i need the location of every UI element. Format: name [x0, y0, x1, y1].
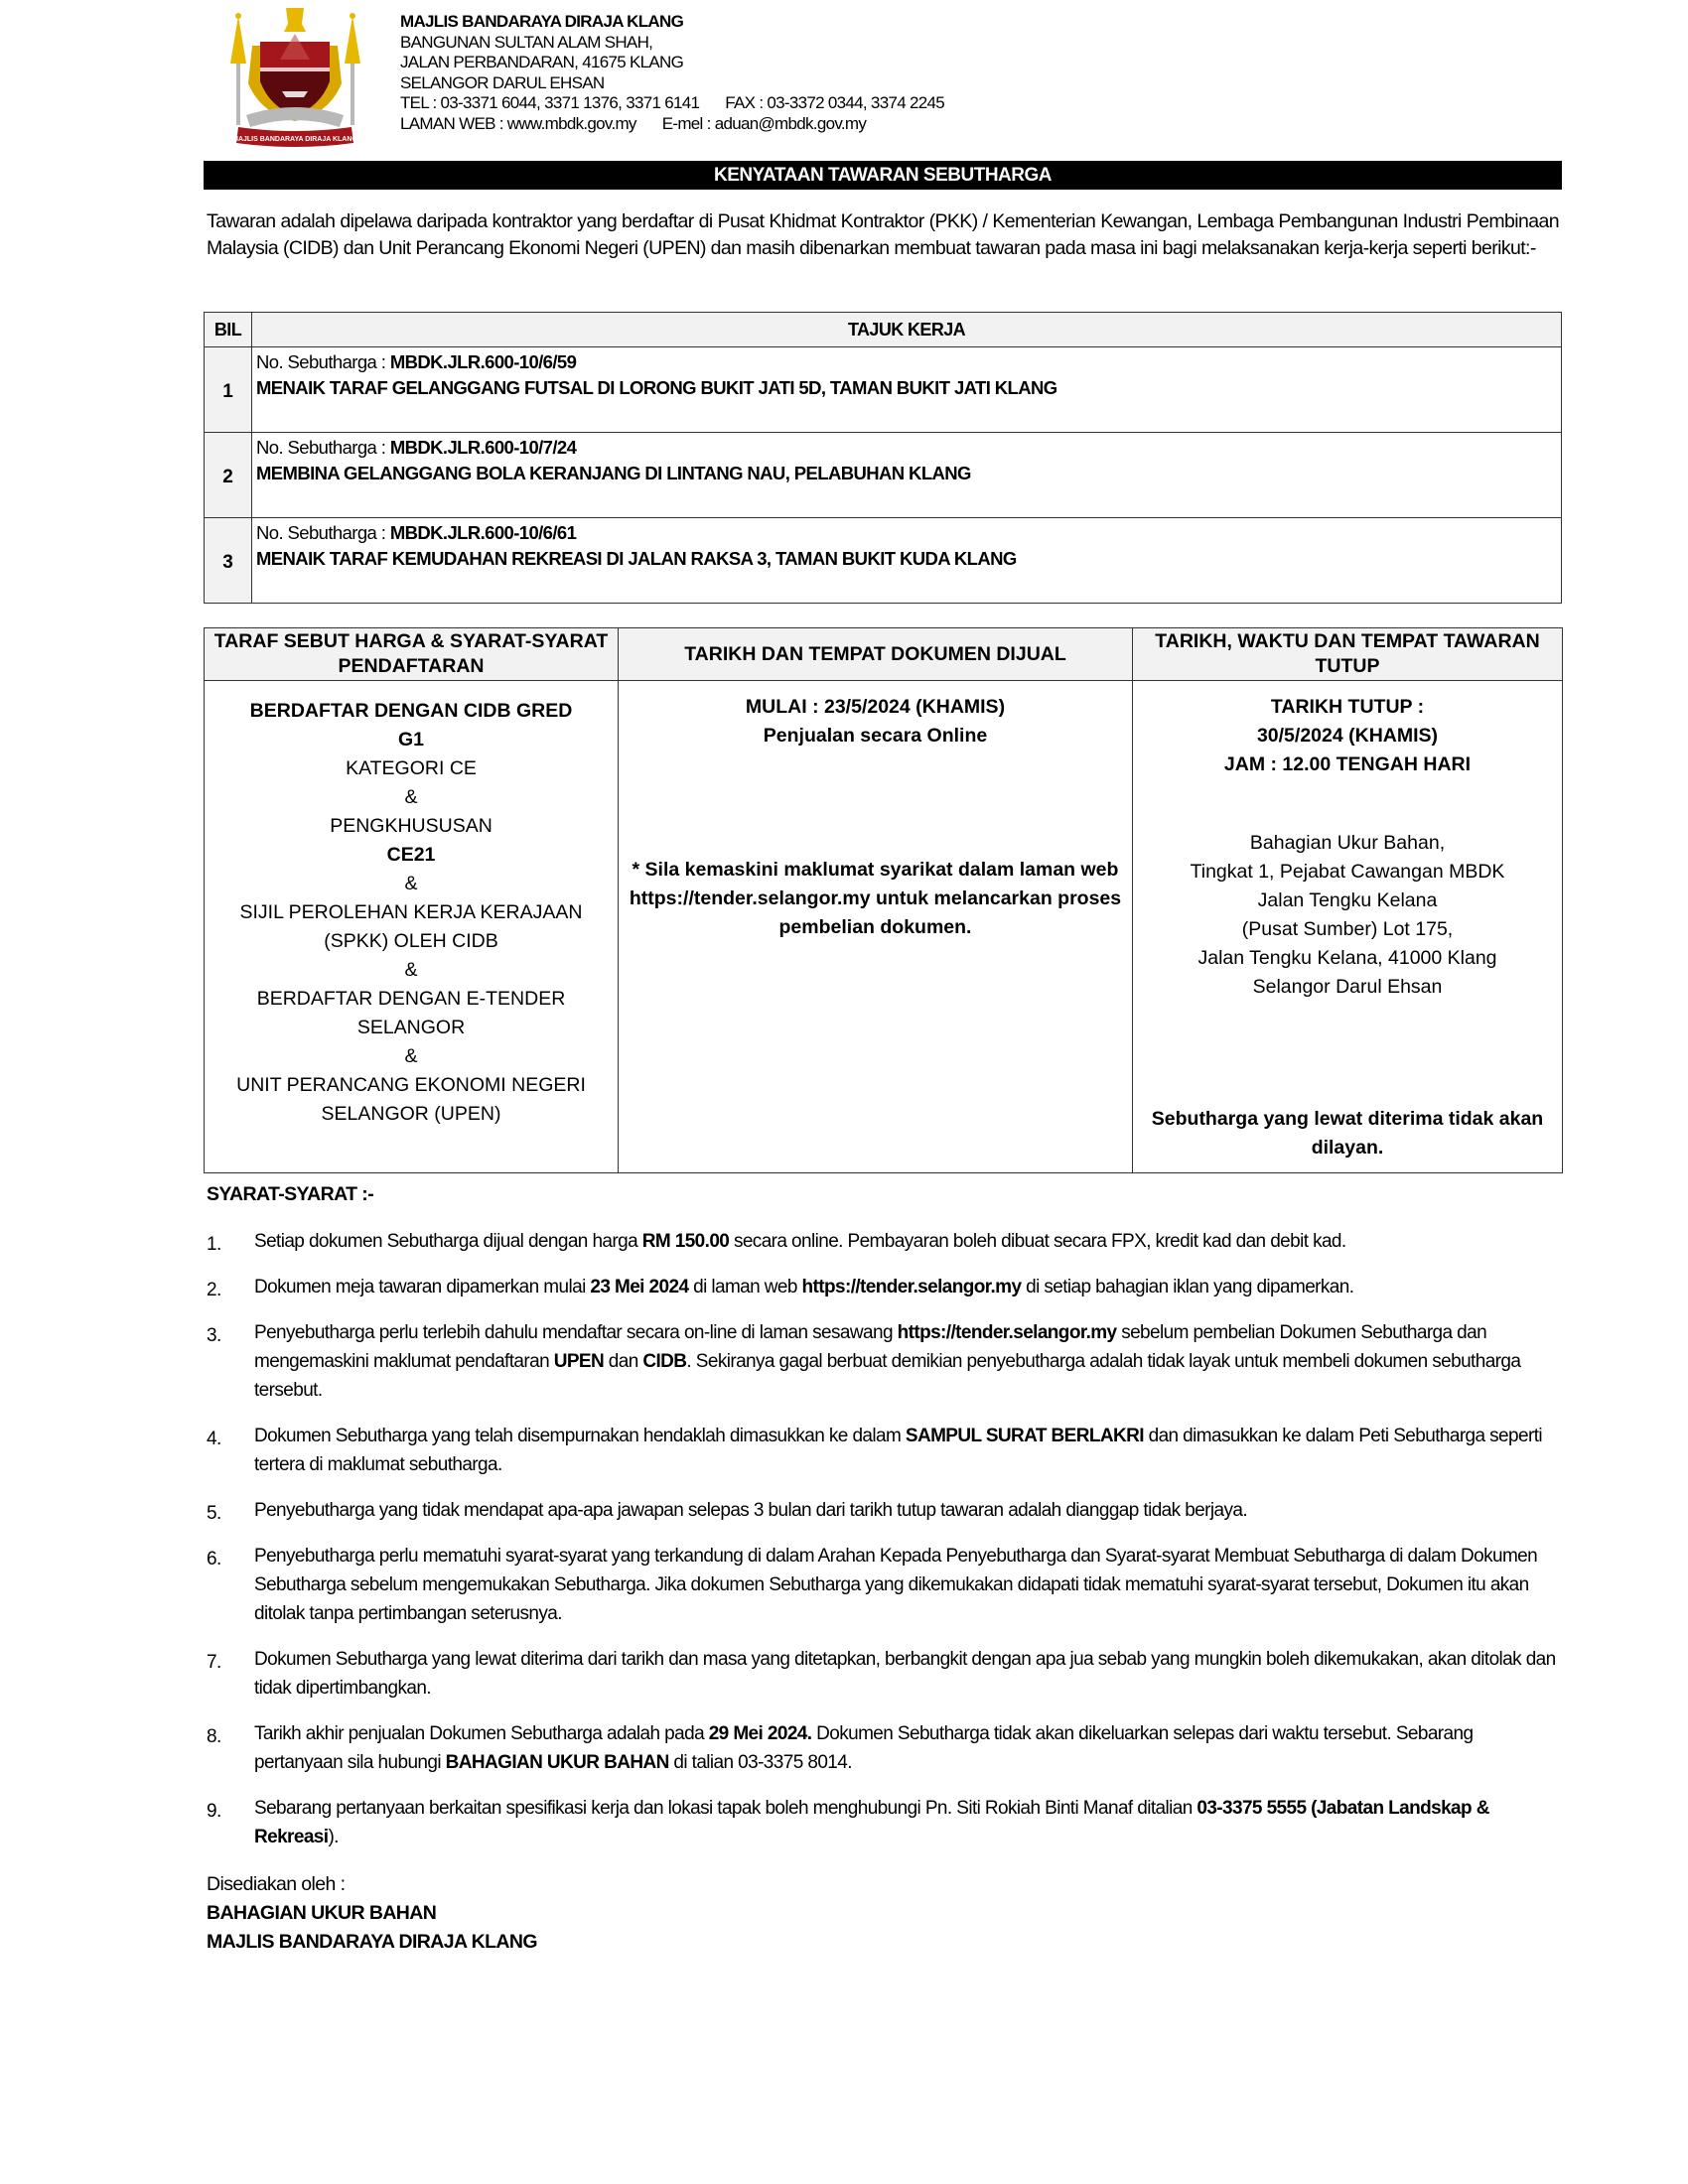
work-title: MENAIK TARAF GELANGGANG FUTSAL DI LORONG…: [256, 375, 1557, 401]
requirement-line: &: [205, 783, 618, 812]
condition-item: 6.Penyebutharga perlu mematuhi syarat-sy…: [207, 1542, 1559, 1628]
place-line: Bahagian Ukur Bahan,: [1133, 829, 1562, 858]
condition-number: 6.: [207, 1545, 221, 1573]
late-submission-note: Sebutharga yang lewat diterima tidak aka…: [1133, 1105, 1562, 1162]
condition-emphasis: https://tender.selangor.my: [898, 1322, 1117, 1343]
condition-number: 9.: [207, 1797, 221, 1826]
table-row: BERDAFTAR DENGAN CIDB GREDG1KATEGORI CE&…: [205, 681, 1563, 1173]
address-line: BANGUNAN SULTAN ALAM SHAH,: [400, 33, 944, 54]
table-header-row: BIL TAJUK KERJA: [205, 313, 1562, 347]
condition-text: Penyebutharga perlu terlebih dahulu mend…: [254, 1322, 1520, 1401]
work-cell: No. Sebutharga : MBDK.JLR.600-10/6/59MEN…: [252, 347, 1562, 433]
org-name: MAJLIS BANDARAYA DIRAJA KLANG: [400, 12, 944, 33]
telephone: TEL : 03-3371 6044, 3371 1376, 3371 6141: [400, 93, 699, 112]
requirements-cell: BERDAFTAR DENGAN CIDB GREDG1KATEGORI CE&…: [205, 681, 619, 1173]
quotation-ref-number: MBDK.JLR.600-10/6/61: [390, 522, 576, 543]
condition-text: Dokumen meja tawaran dipamerkan mulai 23…: [254, 1277, 1353, 1297]
requirement-line: (SPKK) OLEH CIDB: [205, 927, 618, 956]
sale-note: * Sila kemaskini maklumat syarikat dalam…: [619, 856, 1132, 942]
requirement-line: &: [205, 1042, 618, 1071]
condition-emphasis: 29 Mei 2024.: [709, 1723, 812, 1744]
condition-text: Dokumen Sebutharga yang telah disempurna…: [254, 1426, 1542, 1475]
requirement-line: KATEGORI CE: [205, 754, 618, 783]
conditions-list: 1.Setiap dokumen Sebutharga dijual denga…: [207, 1227, 1559, 1868]
address-line: SELANGOR DARUL EHSAN: [400, 73, 944, 94]
requirements-list: BERDAFTAR DENGAN CIDB GREDG1KATEGORI CE&…: [205, 697, 618, 1129]
col-header-bil: BIL: [205, 313, 252, 347]
council-crest-logo: MAJLIS BANDARAYA DIRAJA KLANG: [220, 4, 369, 149]
prepared-by-label: Disediakan oleh :: [207, 1870, 537, 1899]
work-cell: No. Sebutharga : MBDK.JLR.600-10/7/24MEM…: [252, 433, 1562, 518]
col-header-sale: TARIKH DAN TEMPAT DOKUMEN DIJUAL: [619, 628, 1133, 681]
closing-time: JAM : 12.00 TENGAH HARI: [1133, 751, 1562, 779]
condition-number: 3.: [207, 1321, 221, 1350]
col-header-closing: TARIKH, WAKTU DAN TEMPAT TAWARAN TUTUP: [1133, 628, 1563, 681]
requirement-line: SELANGOR: [205, 1014, 618, 1042]
tender-info-table: TARAF SEBUT HARGA & SYARAT-SYARAT PENDAF…: [204, 627, 1563, 1173]
condition-text: Penyebutharga perlu mematuhi syarat-syar…: [254, 1546, 1537, 1624]
requirement-line: BERDAFTAR DENGAN E-TENDER: [205, 985, 618, 1014]
condition-text: Tarikh akhir penjualan Dokumen Sebutharg…: [254, 1723, 1473, 1773]
condition-item: 3.Penyebutharga perlu terlebih dahulu me…: [207, 1318, 1559, 1405]
condition-text: Penyebutharga yang tidak mendapat apa-ap…: [254, 1500, 1247, 1521]
sale-start-date: MULAI : 23/5/2024 (KHAMIS): [619, 693, 1132, 722]
quotation-ref-label: No. Sebutharga :: [256, 437, 390, 458]
condition-text: Sebarang pertanyaan berkaitan spesifikas…: [254, 1798, 1489, 1847]
quotation-ref-number: MBDK.JLR.600-10/7/24: [390, 437, 576, 458]
requirement-line: UNIT PERANCANG EKONOMI NEGERI: [205, 1071, 618, 1100]
condition-emphasis: RM 150.00: [642, 1231, 730, 1252]
quotation-ref: No. Sebutharga : MBDK.JLR.600-10/6/59: [256, 349, 1557, 375]
condition-number: 1.: [207, 1230, 221, 1259]
condition-text: Setiap dokumen Sebutharga dijual dengan …: [254, 1231, 1346, 1252]
sale-cell: MULAI : 23/5/2024 (KHAMIS) Penjualan sec…: [619, 681, 1133, 1173]
closing-cell: TARIKH TUTUP : 30/5/2024 (KHAMIS) JAM : …: [1133, 681, 1563, 1173]
email: E-mel : aduan@mbdk.gov.my: [662, 114, 866, 133]
row-number: 2: [205, 433, 252, 518]
condition-emphasis: 03-3375 5555 (Jabatan Landskap & Rekreas…: [254, 1798, 1489, 1847]
quotation-ref-label: No. Sebutharga :: [256, 351, 390, 372]
work-title: MEMBINA GELANGGANG BOLA KERANJANG DI LIN…: [256, 461, 1557, 486]
closing-label: TARIKH TUTUP :: [1133, 693, 1562, 722]
phone-fax-line: TEL : 03-3371 6044, 3371 1376, 3371 6141…: [400, 93, 944, 114]
requirement-line: G1: [205, 726, 618, 754]
web-email-line: LAMAN WEB : www.mbdk.gov.myE-mel : aduan…: [400, 114, 944, 135]
place-line: (Pusat Sumber) Lot 175,: [1133, 915, 1562, 944]
prepared-by-block: Disediakan oleh : BAHAGIAN UKUR BAHAN MA…: [207, 1870, 537, 1957]
requirement-line: &: [205, 956, 618, 985]
condition-item: 7.Dokumen Sebutharga yang lewat diterima…: [207, 1645, 1559, 1703]
work-title: MENAIK TARAF KEMUDAHAN REKREASI DI JALAN…: [256, 546, 1557, 572]
condition-number: 4.: [207, 1425, 221, 1453]
condition-emphasis: CIDB: [642, 1351, 686, 1372]
intro-paragraph: Tawaran adalah dipelawa daripada kontrak…: [207, 208, 1559, 262]
crest-icon: MAJLIS BANDARAYA DIRAJA KLANG: [220, 4, 369, 149]
requirement-line: &: [205, 870, 618, 898]
letterhead: MAJLIS BANDARAYA DIRAJA KLANG BANGUNAN S…: [400, 12, 944, 134]
requirement-line: SELANGOR (UPEN): [205, 1100, 618, 1129]
row-number: 3: [205, 518, 252, 604]
place-line: Jalan Tengku Kelana, 41000 Klang: [1133, 944, 1562, 973]
place-line: Jalan Tengku Kelana: [1133, 887, 1562, 915]
quotation-ref-number: MBDK.JLR.600-10/6/59: [390, 351, 576, 372]
prepared-by-department: BAHAGIAN UKUR BAHAN: [207, 1899, 537, 1928]
condition-number: 8.: [207, 1722, 221, 1751]
sale-mode: Penjualan secara Online: [619, 722, 1132, 751]
quotation-ref: No. Sebutharga : MBDK.JLR.600-10/6/61: [256, 520, 1557, 546]
condition-item: 8.Tarikh akhir penjualan Dokumen Sebutha…: [207, 1719, 1559, 1777]
table-row: 3No. Sebutharga : MBDK.JLR.600-10/6/61ME…: [205, 518, 1562, 604]
condition-emphasis: 23 Mei 2024: [590, 1277, 688, 1297]
place-line: Tingkat 1, Pejabat Cawangan MBDK: [1133, 858, 1562, 887]
address-line: JALAN PERBANDARAN, 41675 KLANG: [400, 53, 944, 73]
quotation-ref-label: No. Sebutharga :: [256, 522, 390, 543]
fax: FAX : 03-3372 0344, 3374 2245: [725, 93, 944, 112]
closing-place: Bahagian Ukur Bahan,Tingkat 1, Pejabat C…: [1133, 829, 1562, 1002]
condition-emphasis: https://tender.selangor.my: [802, 1277, 1022, 1297]
condition-text: Dokumen Sebutharga yang lewat diterima d…: [254, 1649, 1556, 1699]
requirement-line: BERDAFTAR DENGAN CIDB GRED: [205, 697, 618, 726]
condition-item: 5.Penyebutharga yang tidak mendapat apa-…: [207, 1496, 1559, 1525]
condition-item: 1.Setiap dokumen Sebutharga dijual denga…: [207, 1227, 1559, 1256]
condition-emphasis: UPEN: [554, 1351, 604, 1372]
condition-emphasis: BAHAGIAN UKUR BAHAN: [446, 1752, 669, 1773]
prepared-by-organization: MAJLIS BANDARAYA DIRAJA KLANG: [207, 1928, 537, 1957]
table-row: 2No. Sebutharga : MBDK.JLR.600-10/7/24ME…: [205, 433, 1562, 518]
work-cell: No. Sebutharga : MBDK.JLR.600-10/6/61MEN…: [252, 518, 1562, 604]
website: LAMAN WEB : www.mbdk.gov.my: [400, 114, 636, 133]
svg-text:MAJLIS BANDARAYA DIRAJA KLANG: MAJLIS BANDARAYA DIRAJA KLANG: [232, 136, 357, 143]
quotation-ref: No. Sebutharga : MBDK.JLR.600-10/7/24: [256, 435, 1557, 461]
notice-title: KENYATAAN TAWARAN SEBUTHARGA: [204, 161, 1562, 190]
col-header-title: TAJUK KERJA: [252, 313, 1562, 347]
works-table: BIL TAJUK KERJA 1No. Sebutharga : MBDK.J…: [204, 312, 1562, 604]
condition-number: 2.: [207, 1276, 221, 1304]
conditions-heading: SYARAT-SYARAT :-: [207, 1183, 373, 1206]
table-header-row: TARAF SEBUT HARGA & SYARAT-SYARAT PENDAF…: [205, 628, 1563, 681]
closing-date: 30/5/2024 (KHAMIS): [1133, 722, 1562, 751]
row-number: 1: [205, 347, 252, 433]
condition-number: 7.: [207, 1648, 221, 1677]
requirement-line: CE21: [205, 841, 618, 870]
col-header-requirements: TARAF SEBUT HARGA & SYARAT-SYARAT PENDAF…: [205, 628, 619, 681]
place-line: Selangor Darul Ehsan: [1133, 973, 1562, 1002]
requirement-line: SIJIL PEROLEHAN KERJA KERAJAAN: [205, 898, 618, 927]
condition-item: 4.Dokumen Sebutharga yang telah disempur…: [207, 1422, 1559, 1479]
table-row: 1No. Sebutharga : MBDK.JLR.600-10/6/59ME…: [205, 347, 1562, 433]
condition-item: 2.Dokumen meja tawaran dipamerkan mulai …: [207, 1273, 1559, 1301]
condition-item: 9.Sebarang pertanyaan berkaitan spesifik…: [207, 1794, 1559, 1851]
condition-number: 5.: [207, 1499, 221, 1528]
condition-emphasis: SAMPUL SURAT BERLAKRI: [906, 1426, 1144, 1446]
requirement-line: PENGKHUSUSAN: [205, 812, 618, 841]
